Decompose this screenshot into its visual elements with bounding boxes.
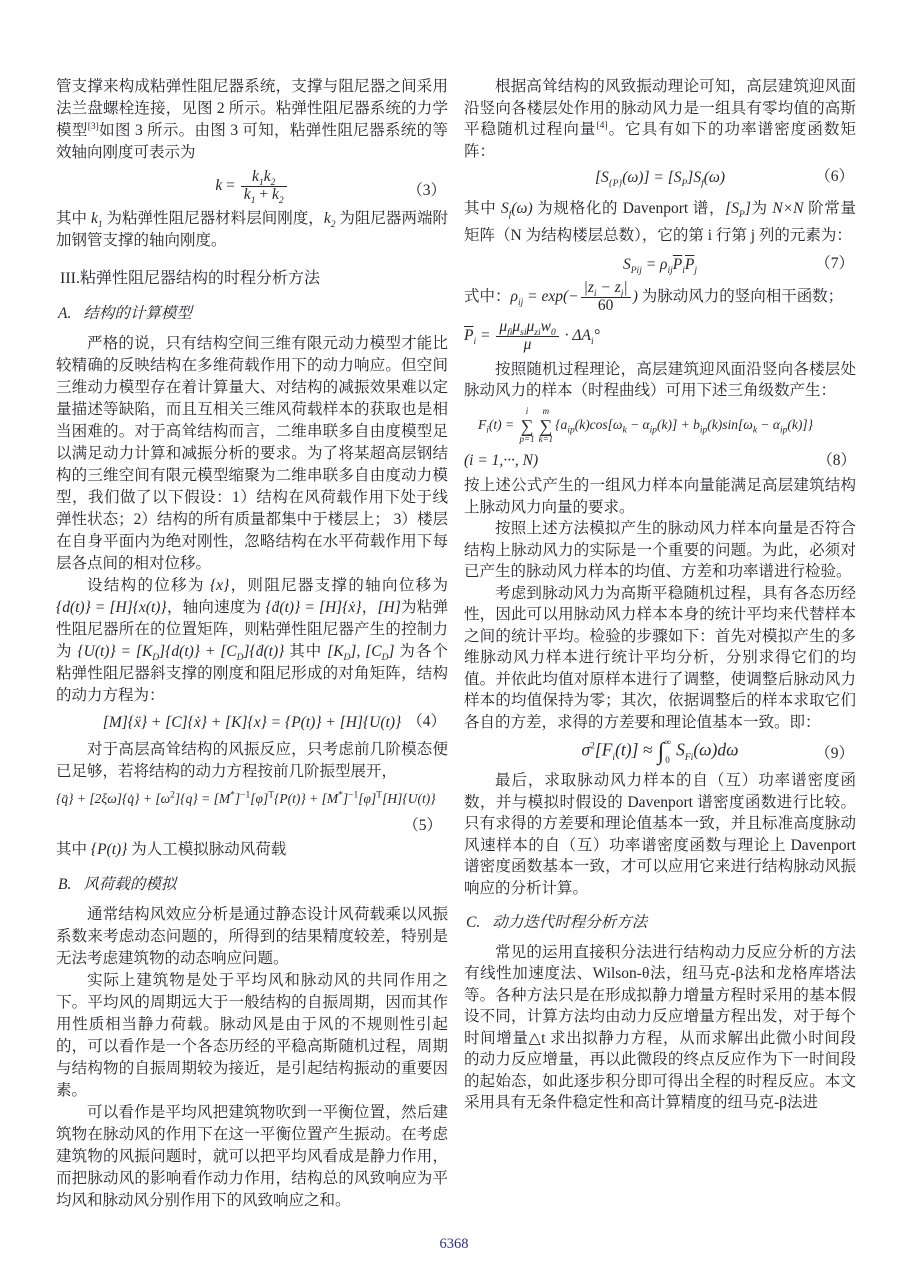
equation-7-pbar: Pi = μfiμsiμziw0μ · ΔAi° xyxy=(464,319,856,353)
paragraph-r4: 按上述公式产生的一组风力样本向量能满足高层建筑结构上脉动风力向量的要求。 xyxy=(464,475,856,518)
paragraph-b2: 实际上建筑物是处于平均风和脉动风的共同作用之下。平均风的周期远大于一般结构的自振… xyxy=(56,970,448,1102)
paragraph-k12: 其中 k1 为粘弹性阻尼器材料层间刚度，k2 为阻尼器两端附加钢管支撑的轴向刚度… xyxy=(56,208,448,252)
equation-8-range: (i = 1,···, N) xyxy=(464,450,538,472)
equation-4-body: [M]{ẍ} + [C]{ẋ} + [K]{x} = {P(t)} + [H]{… xyxy=(103,712,401,734)
paragraph-b1: 通常结构风效应分析是通过静态设计风荷载乘以风振系数来考虑动态问题的，所得到的结果… xyxy=(56,904,448,970)
paragraph-c1: 常见的运用直接积分法进行结构动力反应分析的方法有线性加速度法、Wilson-θ法… xyxy=(464,942,856,1114)
equation-8-body: Fi(t) = i∑p=1m∑k=1{aip(k)cos[ωk − αip(k)… xyxy=(478,407,813,445)
section-b-label: B. xyxy=(58,876,71,893)
paragraph-r2: 其中 Sf(ω) 为规格化的 Davenport 谱，[SP]为 N×N 阶常量… xyxy=(464,195,856,249)
section-heading-a: A.结构的计算模型 xyxy=(58,303,448,325)
equation-6: [S{P}(ω)] = [SP]Sf(ω) （6） xyxy=(464,167,856,189)
equation-7-where: 式中：ρij = exp(−|zi − zj|60) 为脉动风力的竖向相干函数； xyxy=(464,280,856,314)
equation-7-number: （7） xyxy=(815,253,854,275)
equation-8: Fi(t) = i∑p=1m∑k=1{aip(k)cos[ωk − αip(k)… xyxy=(464,407,856,445)
paper-page: 管支撑来构成粘弹性阻尼器系统，支撑与阻尼器之间采用法兰盘螺栓连接，见图 2 所示… xyxy=(0,0,908,1286)
equation-3-number: （3） xyxy=(407,180,446,202)
paragraph-r6: 考虑到脉动风力为高斯平稳随机过程，具有各态历经性，因此可以用脉动风力样本本身的统… xyxy=(464,583,856,734)
equation-6-number: （6） xyxy=(815,166,854,188)
equation-5-body: {q̈} + [2ξω]{q̇} + [ω2]{q} = [M*]−1[φ]T{… xyxy=(56,788,436,810)
equation-3-body: k = k1k2k1 + k2 xyxy=(215,169,288,203)
equation-9: σ2[Fi(t)] ≈ ∫∞0 SFi(ω)dω （9） xyxy=(464,738,856,765)
section-heading-b: B.风荷载的模拟 xyxy=(58,874,448,896)
equation-8-number: （8） xyxy=(817,450,856,472)
column-left: 管支撑来构成粘弹性阻尼器系统，支撑与阻尼器之间采用法兰盘螺栓连接，见图 2 所示… xyxy=(56,76,448,1212)
paragraph-r3: 按照随机过程理论，高层建筑迎风面沿竖向各楼层处脉动风力的样本（时程曲线）可用下述… xyxy=(464,359,856,402)
equation-7: SPij = ρijPiPj （7） xyxy=(464,254,856,276)
section-c-title: 动力迭代时程分析方法 xyxy=(492,914,647,931)
section-heading-c: C.动力迭代时程分析方法 xyxy=(466,912,856,934)
equation-4: [M]{ẍ} + [C]{ẋ} + [K]{x} = {P(t)} + [H]{… xyxy=(56,712,448,734)
column-right: 根据高耸结构的风致振动理论可知，高层建筑迎风面沿竖向各楼层处作用的脉动风力是一组… xyxy=(464,76,856,1114)
paragraph-r7: 最后，求取脉动风力样本的自（互）功率谱密度函数，并与模拟时假设的 Davenpo… xyxy=(464,770,856,899)
paragraph-r5: 按照上述方法模拟产生的脉动风力样本向量是否符合结构上脉动风力的实际是一个重要的问… xyxy=(464,518,856,583)
equation-9-body: σ2[Fi(t)] ≈ ∫∞0 SFi(ω)dω xyxy=(582,738,739,765)
paragraph-a1: 严格的说，只有结构空间三维有限元动力模型才能比较精确的反映结构在多维荷载作用下的… xyxy=(56,333,448,575)
equation-4-number: （4） xyxy=(407,711,446,733)
section-b-title: 风荷载的模拟 xyxy=(83,876,176,893)
section-c-label: C. xyxy=(466,914,480,931)
equation-7-pbar-body: Pi = μfiμsiμziw0μ · ΔAi° xyxy=(464,319,600,353)
paragraph-intro: 管支撑来构成粘弹性阻尼器系统，支撑与阻尼器之间采用法兰盘螺栓连接，见图 2 所示… xyxy=(56,76,448,164)
equation-3: k = k1k2k1 + k2 （3） xyxy=(56,169,448,203)
section-a-label: A. xyxy=(58,305,71,322)
equation-6-body: [S{P}(ω)] = [SP]Sf(ω) xyxy=(595,167,725,189)
equation-5: {q̈} + [2ξω]{q̇} + [ω2]{q} = [M*]−1[φ]T{… xyxy=(56,788,448,810)
paragraph-r1: 根据高耸结构的风致振动理论可知，高层建筑迎风面沿竖向各楼层处作用的脉动风力是一组… xyxy=(464,76,856,162)
paragraph-a4: 其中 {P(t)} 为人工模拟脉动风荷载 xyxy=(56,839,448,861)
section-heading-iii: III.粘弹性阻尼器结构的时程分析方法 xyxy=(60,268,448,290)
paragraph-b3: 可以看作是平均风把建筑物吹到一平衡位置，然后建筑物在脉动风的作用下在这一平衡位置… xyxy=(56,1102,448,1212)
section-a-title: 结构的计算模型 xyxy=(83,305,192,322)
equation-7-body: SPij = ρijPiPj xyxy=(623,254,697,276)
footer-page-number: 6368 xyxy=(0,1236,908,1253)
equation-7-where-body: 式中：ρij = exp(−|zi − zj|60) 为脉动风力的竖向相干函数； xyxy=(464,280,843,314)
equation-8-range-row: (i = 1,···, N) （8） xyxy=(464,450,856,472)
paragraph-a3: 对于高层高耸结构的风振反应，只考虑前几阶模态便已足够，若将结构的动力方程按前几阶… xyxy=(56,739,448,783)
equation-9-number: （9） xyxy=(815,743,854,765)
equation-5-number: （5） xyxy=(56,815,448,837)
paragraph-a2: 设结构的位移为 {x}，则阻尼器支撑的轴向位移为 {d(t)} = [H]{x(… xyxy=(56,575,448,707)
